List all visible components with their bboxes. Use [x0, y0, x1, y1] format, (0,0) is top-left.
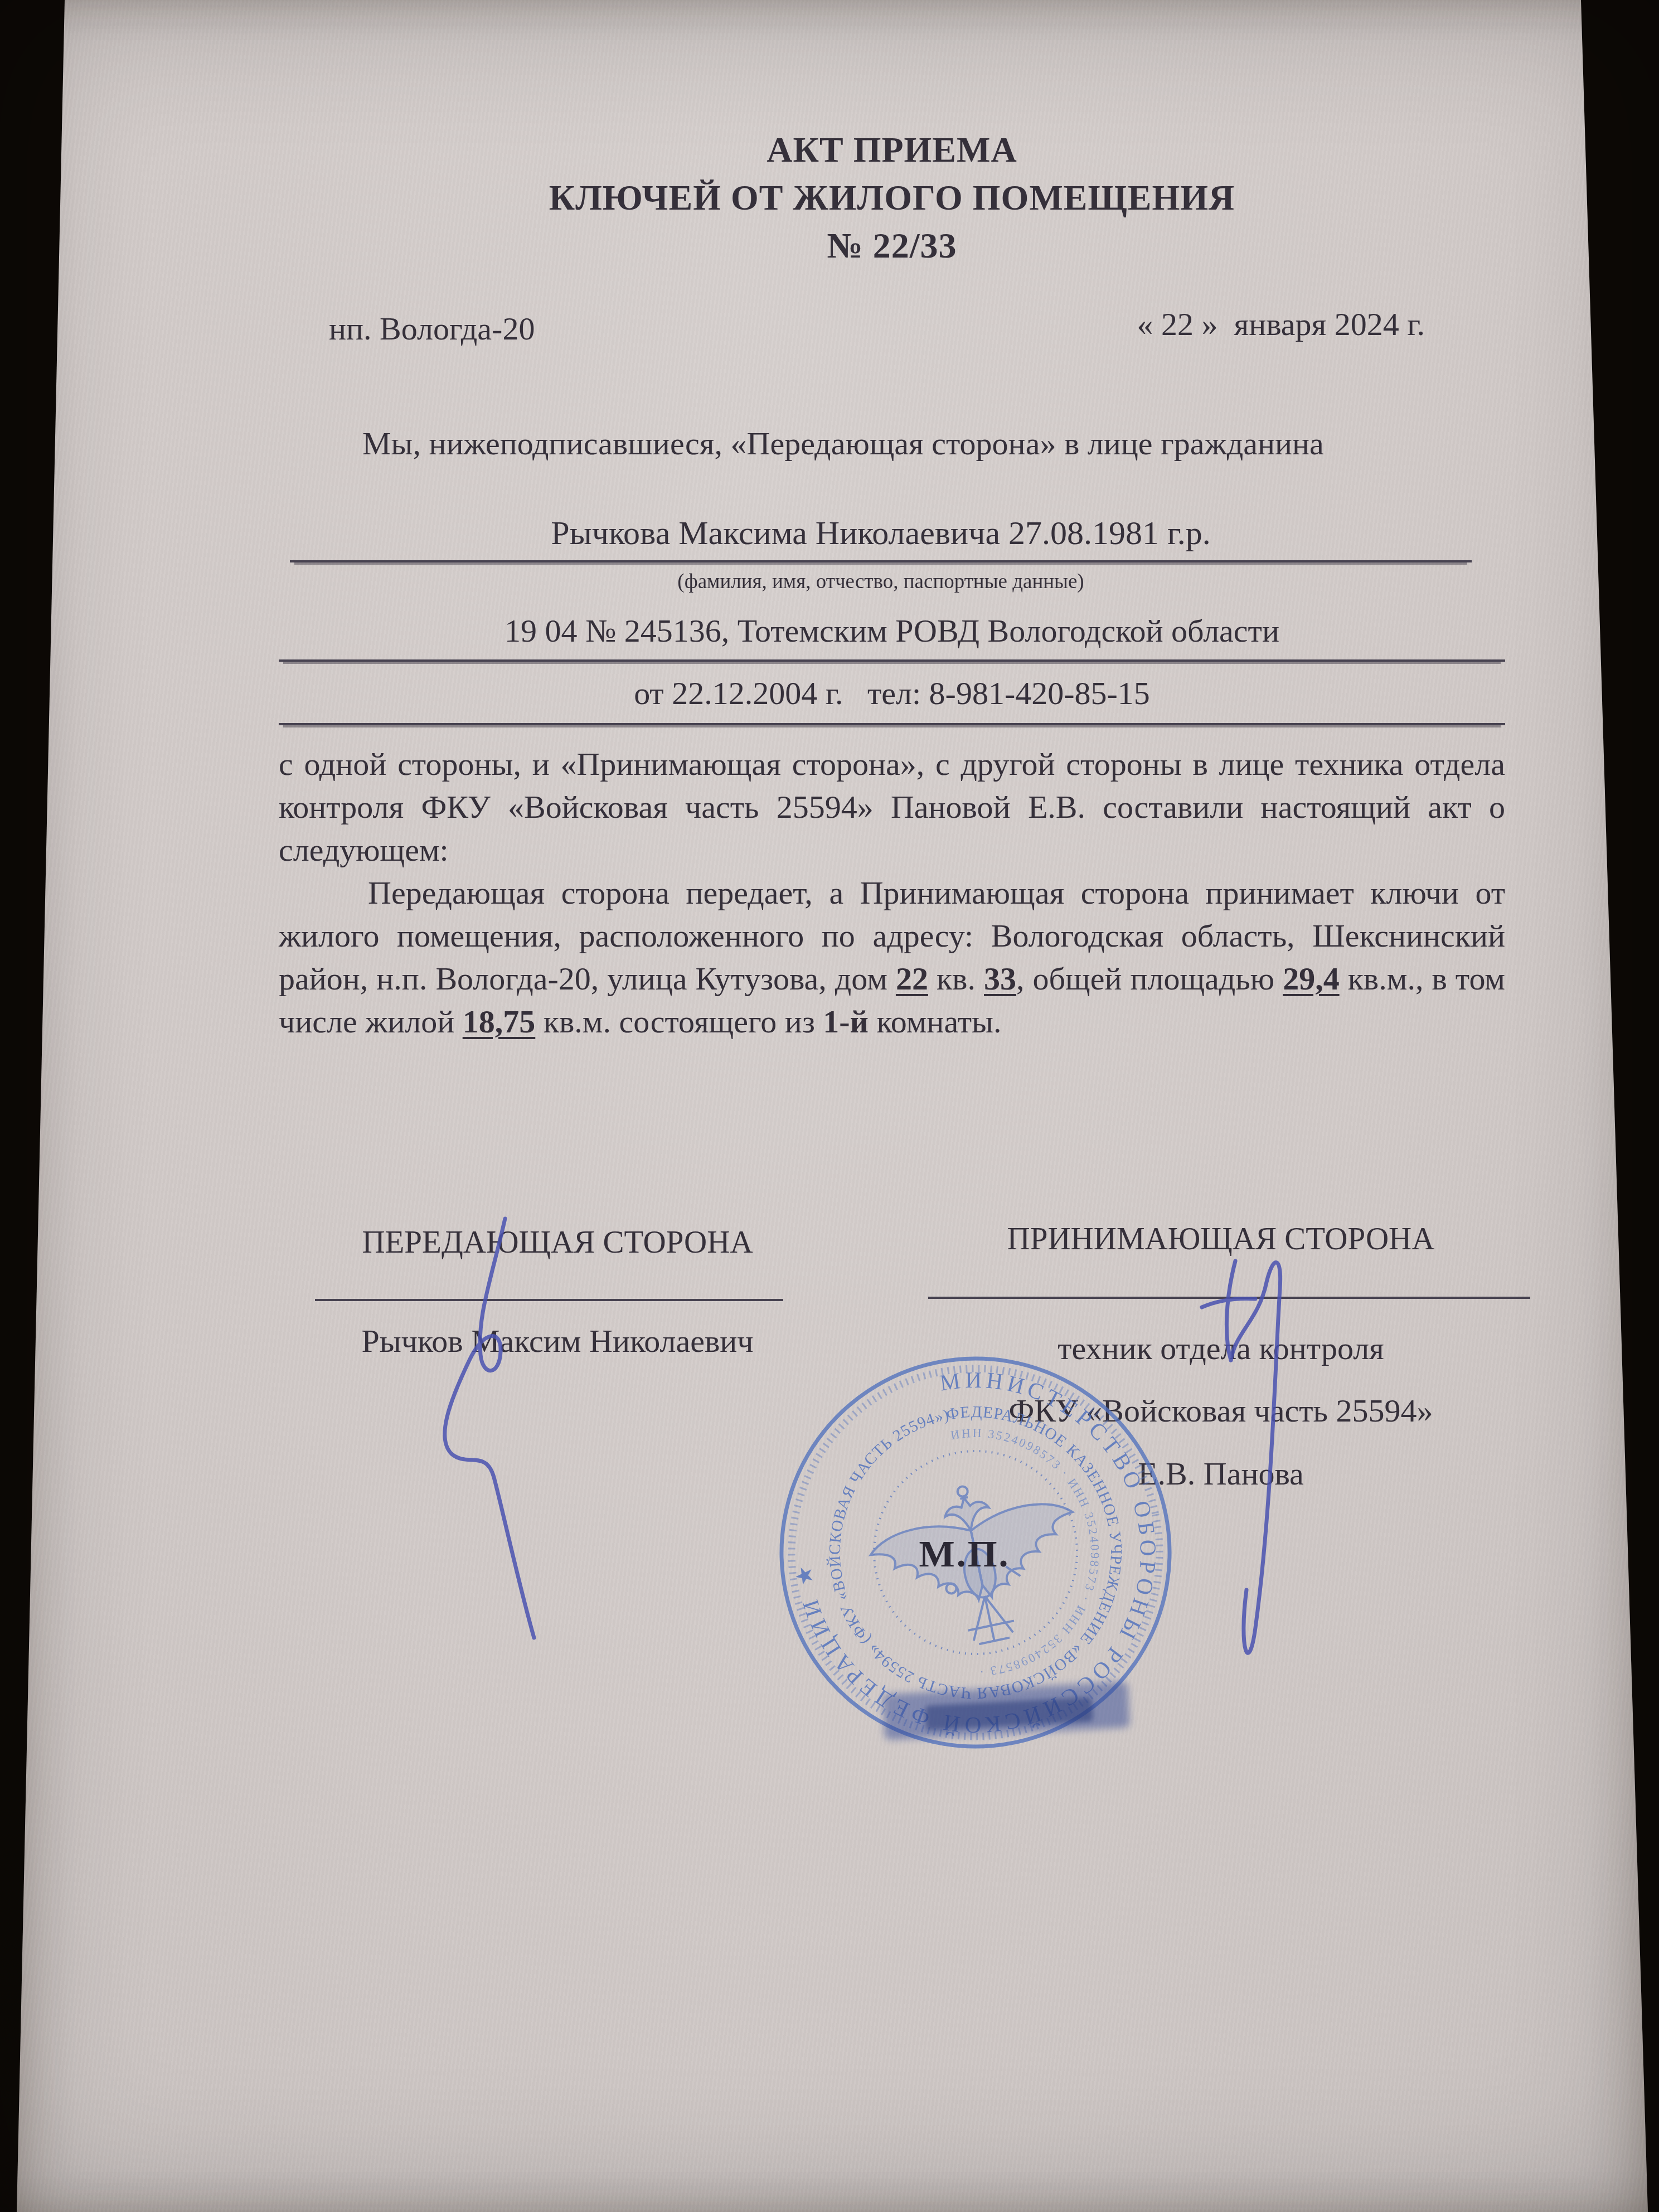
transferring-party-header: ПЕРЕДАЮЩАЯ СТОРОНА — [279, 1224, 836, 1260]
receiving-signature-line — [928, 1297, 1530, 1299]
photo-background-fabric: АКТ ПРИЕМА КЛЮЧЕЙ ОТ ЖИЛОГО ПОМЕЩЕНИЯ № … — [0, 0, 1659, 2212]
intro-line: Мы, нижеподписавшиеся, «Передающая сторо… — [362, 425, 1324, 462]
body-paragraphs: с одной стороны, и «Принимающая сторона»… — [279, 743, 1505, 1043]
receiving-party-header: ПРИНИМАЮЩАЯ СТОРОНА — [937, 1221, 1505, 1257]
passport-line: 19 04 № 245136, Тотемским РОВД Вологодск… — [279, 612, 1505, 662]
rooms-count-value: 1-й — [823, 1003, 869, 1040]
doc-number: № 22/33 — [279, 222, 1505, 270]
mp-seal-place-label: М.П. — [898, 1532, 1031, 1576]
paragraph-2: Передающая сторона передает, а Принимающ… — [279, 871, 1505, 1043]
p2-text-3: , общей площадью — [1016, 961, 1283, 997]
doc-title-line-2: КЛЮЧЕЙ ОТ ЖИЛОГО ПОМЕЩЕНИЯ — [279, 174, 1505, 222]
grantor-fio-line: Рычкова Максима Николаевича 27.08.1981 г… — [290, 514, 1472, 562]
living-area-value: 18,75 — [463, 1003, 536, 1040]
total-area-value: 29,4 — [1283, 961, 1340, 997]
flat-number-value: 33 — [984, 961, 1016, 997]
p2-text-2: кв. — [928, 961, 984, 997]
fio-caption: (фамилия, имя, отчество, паспортные данн… — [290, 570, 1472, 594]
transferring-signature-line — [315, 1299, 783, 1301]
house-number-value: 22 — [896, 961, 928, 997]
p2-text-6: комнаты. — [869, 1003, 1001, 1040]
date-label: « 22 » января 2024 г. — [1137, 305, 1425, 343]
issue-phone-line: от 22.12.2004 г. тел: 8-981-420-85-15 — [279, 675, 1505, 725]
p2-text-5: кв.м. состоящего из — [535, 1003, 823, 1040]
place-label: нп. Вологда-20 — [329, 310, 535, 347]
paragraph-1: с одной стороны, и «Принимающая сторона»… — [279, 743, 1505, 871]
doc-title-line-1: АКТ ПРИЕМА — [279, 126, 1505, 174]
transferring-party-name: Рычков Максим Николаевич — [251, 1322, 864, 1360]
